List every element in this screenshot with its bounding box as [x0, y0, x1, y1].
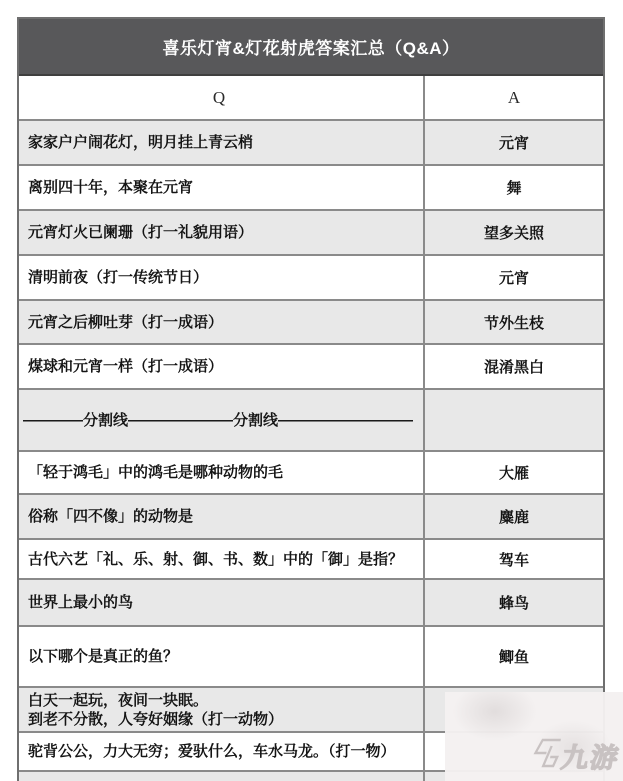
answer-text: 元宵: [499, 132, 529, 153]
question-column-label: Q: [213, 88, 225, 108]
page: 喜乐灯宵&灯花射虎答案汇总（Q&A） Q A 家家户户闹花灯，明月挂上青云梢 元…: [0, 0, 623, 781]
question-text: 家家户户闹花灯，明月挂上青云梢: [28, 133, 253, 152]
question-text: 古代六艺「礼、乐、射、御、书、数」中的「御」是指？: [28, 550, 403, 569]
question-text: 世界上最小的鸟: [28, 593, 133, 612]
question-cell: 元宵之后柳吐芽（打一成语）: [19, 301, 425, 343]
table-row: 煤球和元宵一样（打一成语） 混淆黑白: [19, 345, 603, 390]
answer-text: 舞: [506, 177, 521, 198]
table-row: 离别四十年，本聚在元宵 舞: [19, 166, 603, 211]
table-title-bar: 喜乐灯宵&灯花射虎答案汇总（Q&A）: [19, 19, 603, 76]
question-text: 驼背公公，力大无穷；爱驮什么，车水马龙。（打一物）: [28, 742, 396, 761]
question-text: 以下哪个是真正的鱼？: [28, 647, 178, 666]
question-cell: 煤球和元宵一样（打一成语）: [19, 345, 425, 388]
table-header-row: Q A: [19, 76, 603, 121]
answer-text: 元宵: [499, 267, 529, 288]
question-cell: 「轻于鸿毛」中的鸿毛是哪种动物的毛: [19, 452, 425, 493]
table-row: 古代六艺「礼、乐、射、御、书、数」中的「御」是指？ 驾车: [19, 540, 603, 580]
question-cell: 以下哪个是真正的鱼？: [19, 627, 425, 686]
question-text: 元宵之后柳吐芽（打一成语）: [28, 313, 223, 332]
answer-cell: [425, 390, 603, 450]
answer-cell: 蜂鸟: [425, 580, 603, 625]
ninegame-logo-icon: [527, 737, 564, 775]
answer-cell: 混淆黑白: [425, 345, 603, 388]
answer-cell: 节外生枝: [425, 301, 603, 343]
answer-text: 混淆黑白: [484, 356, 544, 377]
answers-table: 喜乐灯宵&灯花射虎答案汇总（Q&A） Q A 家家户户闹花灯，明月挂上青云梢 元…: [17, 17, 605, 781]
answer-cell: 驾车: [425, 540, 603, 578]
table-row: 元宵之后柳吐芽（打一成语） 节外生枝: [19, 301, 603, 345]
question-cell: [19, 772, 425, 781]
question-cell: 世界上最小的鸟: [19, 580, 425, 625]
question-text: 清明前夜（打一传统节日）: [28, 268, 208, 287]
question-cell: 古代六艺「礼、乐、射、御、书、数」中的「御」是指？: [19, 540, 425, 578]
watermark: 九游: [527, 736, 623, 775]
answer-cell: 舞: [425, 166, 603, 209]
question-cell: 驼背公公，力大无穷；爱驮什么，车水马龙。（打一物）: [19, 733, 425, 770]
question-column-header: Q: [19, 76, 425, 119]
question-cell: ————分割线———————分割线—————————: [19, 390, 425, 450]
table-row: 清明前夜（打一传统节日） 元宵: [19, 256, 603, 301]
watermark-brand-text: 九游: [559, 736, 623, 775]
watermark-overlay: 九游: [445, 692, 623, 781]
table-row: 俗称「四不像」的动物是 麋鹿: [19, 495, 603, 540]
table-row: 元宵灯火已阑珊（打一礼貌用语） 望多关照: [19, 211, 603, 256]
answer-cell: 望多关照: [425, 211, 603, 254]
answer-text: 望多关照: [484, 222, 544, 243]
question-text: 「轻于鸿毛」中的鸿毛是哪种动物的毛: [28, 463, 283, 482]
question-cell: 离别四十年，本聚在元宵: [19, 166, 425, 209]
question-cell: 元宵灯火已阑珊（打一礼貌用语）: [19, 211, 425, 254]
question-cell: 白天一起玩，夜间一块眠。 到老不分散，人夸好姻缘（打一动物）: [19, 688, 425, 731]
answer-column-label: A: [508, 88, 520, 108]
answer-text: 蜂鸟: [499, 592, 529, 613]
answer-cell: 大雁: [425, 452, 603, 493]
question-text: 白天一起玩，夜间一块眠。 到老不分散，人夸好姻缘（打一动物）: [28, 691, 283, 729]
answer-text: 鲫鱼: [499, 646, 529, 667]
question-text: 俗称「四不像」的动物是: [28, 507, 193, 526]
table-row: 家家户户闹花灯，明月挂上青云梢 元宵: [19, 121, 603, 166]
answer-cell: 元宵: [425, 256, 603, 299]
answer-text: 节外生枝: [484, 312, 544, 333]
table-row: 世界上最小的鸟 蜂鸟: [19, 580, 603, 627]
divider-row: ————分割线———————分割线—————————: [19, 390, 603, 452]
answer-cell: 鲫鱼: [425, 627, 603, 686]
answer-text: 大雁: [499, 462, 529, 483]
answer-text: 驾车: [499, 549, 529, 570]
table-title: 喜乐灯宵&灯花射虎答案汇总（Q&A）: [162, 34, 459, 59]
table-row: 以下哪个是真正的鱼？ 鲫鱼: [19, 627, 603, 688]
question-text: 元宵灯火已阑珊（打一礼貌用语）: [28, 223, 253, 242]
question-cell: 俗称「四不像」的动物是: [19, 495, 425, 538]
answer-cell: 麋鹿: [425, 495, 603, 538]
question-cell: 清明前夜（打一传统节日）: [19, 256, 425, 299]
answer-cell: 元宵: [425, 121, 603, 164]
question-text: 煤球和元宵一样（打一成语）: [28, 357, 223, 376]
answer-column-header: A: [425, 76, 603, 119]
question-cell: 家家户户闹花灯，明月挂上青云梢: [19, 121, 425, 164]
answer-text: 麋鹿: [499, 506, 529, 527]
divider-text: ————分割线———————分割线—————————: [23, 411, 413, 430]
table-row: 「轻于鸿毛」中的鸿毛是哪种动物的毛 大雁: [19, 452, 603, 495]
question-text: 离别四十年，本聚在元宵: [28, 178, 193, 197]
